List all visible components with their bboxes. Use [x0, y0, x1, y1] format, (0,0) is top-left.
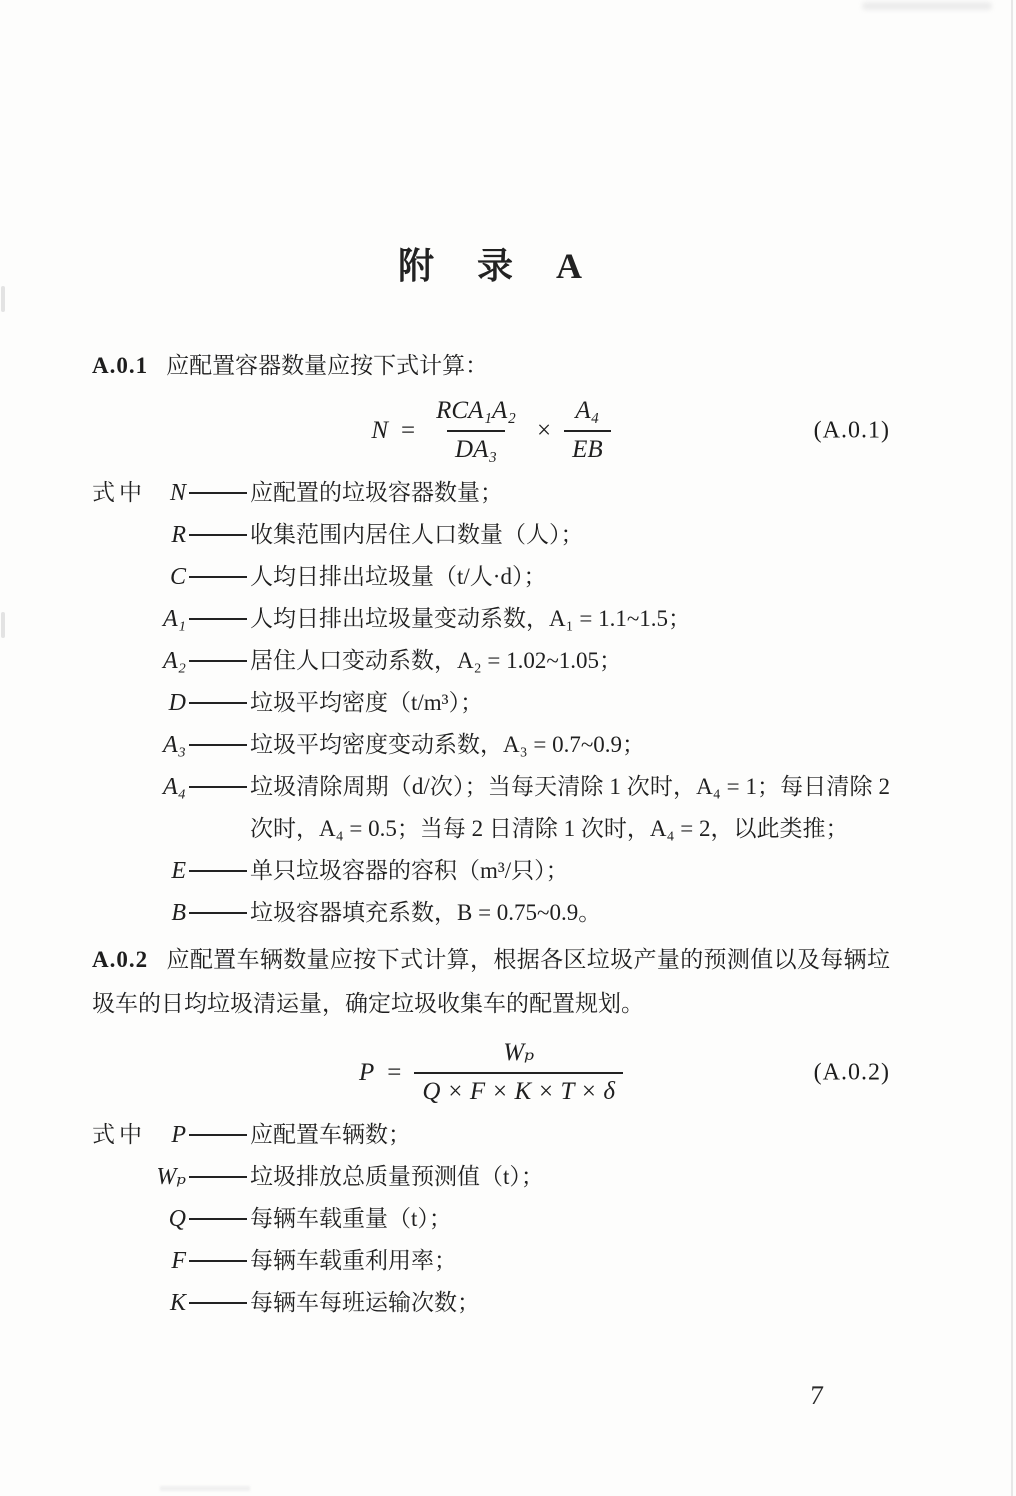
definition-text: 收集范围内居住人口数量（人）；	[250, 514, 890, 556]
definition-row: D 垃圾平均密度（t/m³）；	[92, 682, 890, 724]
fraction-2-numerator: A₄	[567, 397, 607, 430]
definition-row: K 每辆车每班运输次数；	[92, 1282, 890, 1324]
definition-row: E 单只垃圾容器的容积（m³/只）；	[92, 850, 890, 892]
definition-list-a02: 式中 P 应配置车辆数； Wₚ 垃圾排放总质量预测值（t）； Q 每辆车载重量（…	[92, 1114, 890, 1324]
definition-text: 垃圾容器填充系数，B = 0.75~0.9。	[250, 892, 890, 934]
definition-symbol: B	[92, 892, 186, 934]
clause-a01-heading: A.0.1应配置容器数量应按下式计算：	[92, 348, 890, 384]
definition-symbol: A₄	[92, 766, 186, 808]
equals-sign: =	[387, 1059, 401, 1087]
definition-text: 每辆车载重利用率；	[250, 1240, 890, 1282]
definition-row: 式中 P 应配置车辆数；	[92, 1114, 890, 1156]
fraction-2-denominator: EB	[564, 430, 611, 465]
definition-row: A₄ 垃圾清除周期（d/次）；当每天清除 1 次时，A₄ = 1；每日清除 2 …	[92, 766, 890, 850]
clause-a02-heading-text: 应配置车辆数量应按下式计算，根据各区垃圾产量的预测值以及每辆垃圾车的日均垃圾清运…	[92, 947, 890, 1016]
em-dash-rule	[189, 786, 247, 788]
definition-symbol: D	[92, 682, 186, 724]
definition-symbol: C	[92, 556, 186, 598]
em-dash-rule	[189, 744, 247, 746]
definition-text: 每辆车载重量（t）；	[250, 1198, 890, 1240]
em-dash-rule	[189, 1302, 247, 1304]
definition-text: 单只垃圾容器的容积（m³/只）；	[250, 850, 890, 892]
formula-a02: P = Wₚ Q × F × K × T × δ	[359, 1039, 623, 1107]
definition-symbol: Q	[92, 1198, 186, 1240]
definition-symbol: F	[92, 1240, 186, 1282]
multiply-sign: ×	[537, 417, 551, 445]
definition-symbol: A₂	[92, 640, 186, 682]
definition-text: 垃圾清除周期（d/次）；当每天清除 1 次时，A₄ = 1；每日清除 2 次时，…	[250, 766, 890, 850]
em-dash-rule	[189, 534, 247, 536]
definition-text: 人均日排出垃圾量（t/人·d）；	[250, 556, 890, 598]
definition-text: 人均日排出垃圾量变动系数，A₁ = 1.1~1.5；	[250, 598, 890, 640]
clause-a01-number: A.0.1	[92, 353, 148, 378]
fraction-3-denominator: Q × F × K × T × δ	[414, 1072, 623, 1107]
em-dash-rule	[189, 1176, 247, 1178]
definition-list-a01: 式中 N 应配置的垃圾容器数量； R 收集范围内居住人口数量（人）； C 人均日…	[92, 472, 890, 934]
em-dash-rule	[189, 702, 247, 704]
definition-text: 应配置车辆数；	[250, 1114, 890, 1156]
definition-row: R 收集范围内居住人口数量（人）；	[92, 514, 890, 556]
definition-row: Wₚ 垃圾排放总质量预测值（t）；	[92, 1156, 890, 1198]
definition-row: A₃ 垃圾平均密度变动系数，A₃ = 0.7~0.9；	[92, 724, 890, 766]
page-number: 7	[809, 1380, 825, 1411]
definition-symbol: R	[92, 514, 186, 556]
equation-number-a02: (A.0.2)	[814, 1060, 890, 1087]
text-block: 附 录 A A.0.1应配置容器数量应按下式计算： N = RCA₁A₂ DA₃…	[0, 0, 1016, 1324]
definition-row: B 垃圾容器填充系数，B = 0.75~0.9。	[92, 892, 890, 934]
definition-text: 应配置的垃圾容器数量；	[250, 472, 890, 514]
definition-symbol: A₃	[92, 724, 186, 766]
em-dash-rule	[189, 1260, 247, 1262]
definition-text: 垃圾平均密度变动系数，A₃ = 0.7~0.9；	[250, 724, 890, 766]
clause-a02-number: A.0.2	[92, 947, 148, 972]
clause-a02-paragraph: A.0.2应配置车辆数量应按下式计算，根据各区垃圾产量的预测值以及每辆垃圾车的日…	[92, 938, 890, 1026]
formula-a01-lhs: N	[371, 417, 388, 445]
formula-a01-row: N = RCA₁A₂ DA₃ × A₄ EB (A.0.1)	[92, 392, 890, 470]
definition-symbol: E	[92, 850, 186, 892]
definition-symbol: A₁	[92, 598, 186, 640]
equals-sign: =	[401, 417, 415, 445]
definition-symbol: K	[92, 1282, 186, 1324]
formula-a01: N = RCA₁A₂ DA₃ × A₄ EB	[371, 397, 610, 465]
scan-smudge-artifact	[160, 1486, 250, 1491]
fraction-3-numerator: Wₚ	[495, 1039, 542, 1072]
definition-row: A₁ 人均日排出垃圾量变动系数，A₁ = 1.1~1.5；	[92, 598, 890, 640]
where-label: 式中	[92, 1114, 146, 1156]
em-dash-rule	[189, 912, 247, 914]
em-dash-rule	[189, 1134, 247, 1136]
definition-row: C 人均日排出垃圾量（t/人·d）；	[92, 556, 890, 598]
clause-a01-heading-text: 应配置容器数量应按下式计算：	[166, 353, 488, 378]
document-page: 附 录 A A.0.1应配置容器数量应按下式计算： N = RCA₁A₂ DA₃…	[0, 0, 1016, 1496]
definition-row: 式中 N 应配置的垃圾容器数量；	[92, 472, 890, 514]
definition-symbol: Wₚ	[92, 1156, 186, 1198]
em-dash-rule	[189, 618, 247, 620]
fraction-1-numerator: RCA₁A₂	[428, 397, 524, 430]
fraction-1-denominator: DA₃	[447, 430, 505, 465]
appendix-title: 附 录 A	[92, 0, 890, 290]
formula-a02-row: P = Wₚ Q × F × K × T × δ (A.0.2)	[92, 1034, 890, 1112]
definition-text: 居住人口变动系数，A₂ = 1.02~1.05；	[250, 640, 890, 682]
fraction-3: Wₚ Q × F × K × T × δ	[414, 1039, 623, 1107]
definition-row: A₂ 居住人口变动系数，A₂ = 1.02~1.05；	[92, 640, 890, 682]
definition-text: 垃圾平均密度（t/m³）；	[250, 682, 890, 724]
where-label: 式中	[92, 472, 146, 514]
em-dash-rule	[189, 870, 247, 872]
fraction-1: RCA₁A₂ DA₃	[428, 397, 524, 465]
em-dash-rule	[189, 492, 247, 494]
definition-row: F 每辆车载重利用率；	[92, 1240, 890, 1282]
em-dash-rule	[189, 1218, 247, 1220]
definition-text: 垃圾排放总质量预测值（t）；	[250, 1156, 890, 1198]
fraction-2: A₄ EB	[564, 397, 611, 465]
formula-a02-lhs: P	[359, 1059, 374, 1087]
em-dash-rule	[189, 660, 247, 662]
em-dash-rule	[189, 576, 247, 578]
definition-text: 每辆车每班运输次数；	[250, 1282, 890, 1324]
equation-number-a01: (A.0.1)	[814, 418, 890, 445]
definition-row: Q 每辆车载重量（t）；	[92, 1198, 890, 1240]
